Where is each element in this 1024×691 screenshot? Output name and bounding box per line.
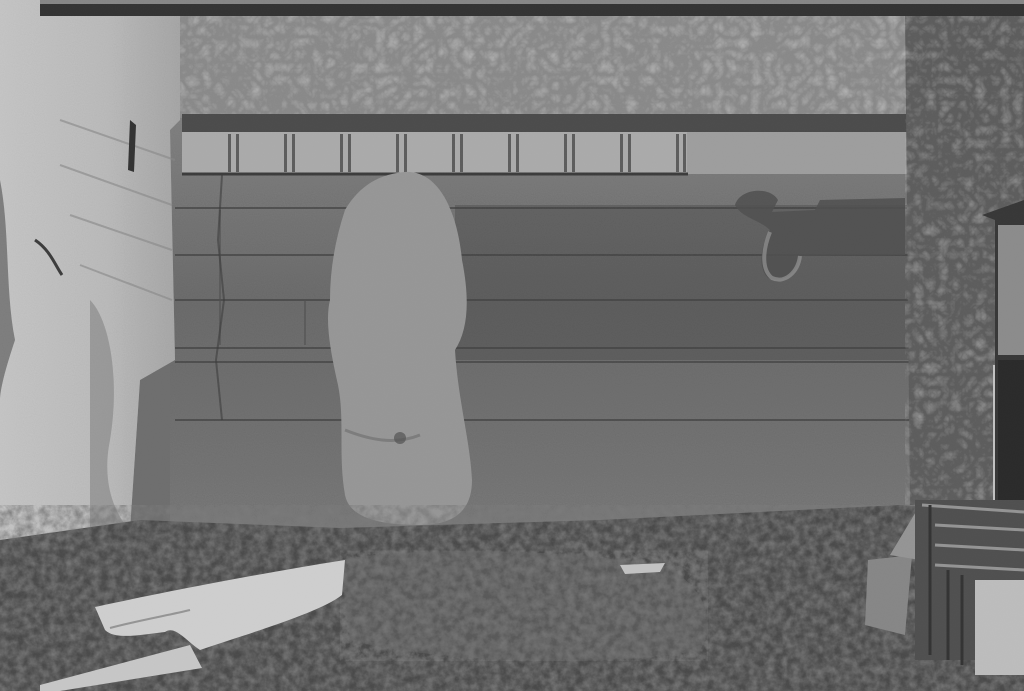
photograph: Black-and-white archival photograph of a… bbox=[0, 0, 1024, 691]
photo-illustration bbox=[0, 0, 1024, 691]
